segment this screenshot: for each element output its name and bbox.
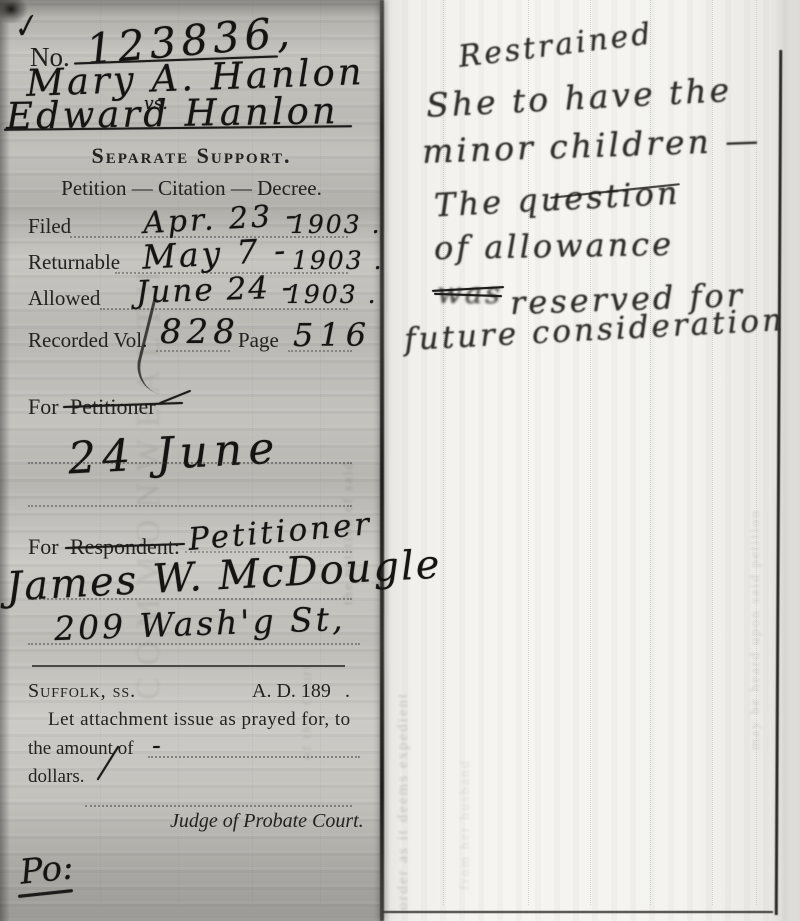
section-divider-rule (32, 665, 345, 667)
for-respondent-label: For (28, 534, 59, 560)
column-ruling (320, 0, 321, 905)
field-label-allowed: Allowed (28, 286, 100, 311)
center-fold-line (380, 0, 384, 921)
attachment-clause-line1: Let attachment issue as prayed for, to (48, 709, 351, 731)
page-value: 516 (293, 316, 372, 354)
defendant-name: Edward Hanlon (6, 89, 339, 138)
recorded-vol-value: 828 (160, 312, 240, 352)
ghost-text: may be heard upon said petition (748, 110, 764, 750)
field-label-filed: Filed (28, 214, 71, 239)
bottom-clerk-mark: Po: (18, 847, 75, 892)
field-value-returnable-year: 1903 . (292, 246, 384, 275)
anno-domini-period: . (345, 680, 350, 703)
ghost-text: from her husband (458, 630, 474, 890)
annotation-line: of allowance (434, 225, 675, 267)
dotted-line (28, 505, 352, 507)
form-title: Separate Support. (0, 143, 383, 169)
dotted-line (28, 643, 360, 645)
anno-domini-label: A. D. 189 (252, 680, 331, 703)
scanned-probate-docket-card: the petition of said order as it deems e… (0, 0, 800, 921)
recorded-vol-label: Recorded Vol. (28, 328, 147, 353)
field-value-filed-year: 1903 . (290, 210, 382, 239)
judge-caption: Judge of Probate Court. (170, 810, 364, 833)
attachment-clause-line3: dollars. (28, 766, 84, 788)
form-subtitle: Petition — Citation — Decree. (0, 176, 383, 201)
signature-dotted-line (85, 805, 352, 807)
dotted-leader (148, 756, 360, 758)
dotted-leader (288, 350, 352, 352)
for-petitioner-label: For (28, 394, 59, 420)
dotted-leader (156, 350, 230, 352)
ghost-text: order as it deems expedient (395, 550, 412, 910)
county-line: Suffolk, ss. (28, 680, 136, 703)
left-edge-shadow (0, 0, 10, 921)
dotted-line (28, 462, 352, 464)
bottom-page-edge-line (383, 911, 773, 913)
field-label-returnable: Returnable (28, 250, 120, 275)
field-value-allowed-year: 1903 . (286, 280, 378, 309)
page-label: Page (238, 328, 279, 353)
